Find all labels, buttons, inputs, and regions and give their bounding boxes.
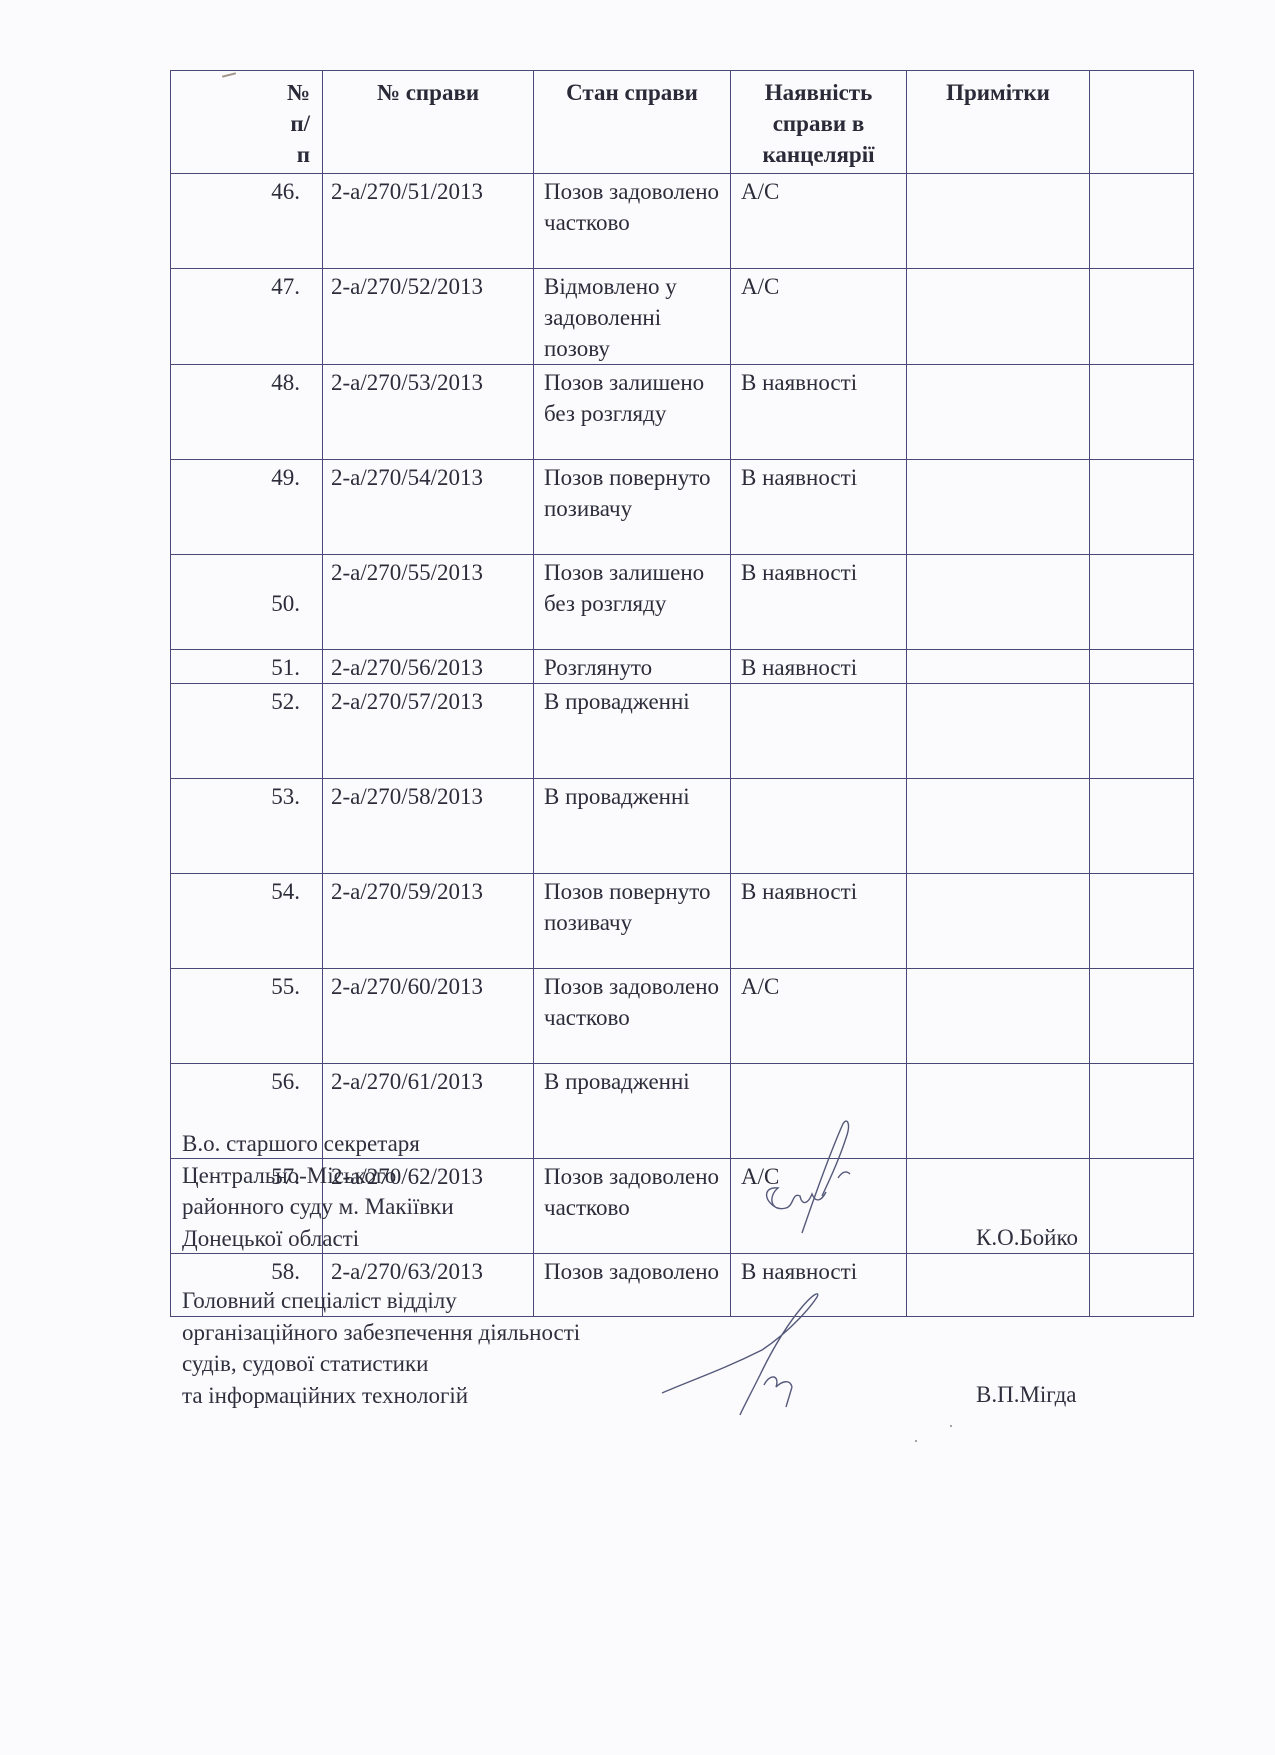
cell-case-number: 2-а/270/54/2013: [323, 460, 534, 555]
cell-notes: [907, 460, 1090, 555]
cell-num: 52.: [171, 684, 323, 779]
cell-presence: В наявності: [731, 874, 907, 969]
signature-title-line: Головний спеціаліст відділу: [182, 1285, 1102, 1317]
cell-notes: [907, 684, 1090, 779]
cell-presence: А/С: [731, 174, 907, 269]
cell-num: 50.: [171, 555, 323, 650]
cell-case-status: В провадженні: [534, 684, 731, 779]
signature-title: Головний спеціаліст відділу організаційн…: [182, 1285, 1102, 1411]
cell-case-number: 2-а/270/58/2013: [323, 779, 534, 874]
table-row: 50.2-а/270/55/2013Позов залишено без роз…: [171, 555, 1194, 650]
header-case-status: Стан справи: [534, 71, 731, 174]
cell-extra: [1090, 874, 1194, 969]
cell-case-number: 2-а/270/55/2013: [323, 555, 534, 650]
cell-extra: [1090, 1064, 1194, 1159]
cell-num: 49.: [171, 460, 323, 555]
cell-notes: [907, 650, 1090, 684]
table-row: 55.2-а/270/60/2013Позов задоволено частк…: [171, 969, 1194, 1064]
cell-notes: [907, 779, 1090, 874]
signature-title-line: Центрально-Міського: [182, 1160, 1102, 1192]
cell-extra: [1090, 269, 1194, 365]
cell-case-number: 2-а/270/53/2013: [323, 365, 534, 460]
signature-block-specialist: Головний спеціаліст відділу організаційн…: [182, 1285, 1102, 1411]
cell-case-number: 2-а/270/60/2013: [323, 969, 534, 1064]
cell-extra: [1090, 1159, 1194, 1254]
cell-num: 55.: [171, 969, 323, 1064]
cell-extra: [1090, 1254, 1194, 1317]
cell-extra: [1090, 365, 1194, 460]
cell-case-status: Позов залишено без розгляду: [534, 365, 731, 460]
table-header-row: № п/ п № справи Стан справи Наявність сп…: [171, 71, 1194, 174]
cell-presence: В наявності: [731, 460, 907, 555]
cell-extra: [1090, 969, 1194, 1064]
header-num-line: №: [179, 77, 310, 108]
signature-title-line: організаційного забезпечення діяльності: [182, 1317, 1102, 1349]
handwritten-signature-icon: [742, 1108, 872, 1248]
cell-case-status: Позов повернуто позивачу: [534, 874, 731, 969]
cell-extra: [1090, 174, 1194, 269]
table-row: 47.2-а/270/52/2013Відмовлено у задоволен…: [171, 269, 1194, 365]
cell-case-number: 2-а/270/52/2013: [323, 269, 534, 365]
table-row: 49.2-а/270/54/2013Позов повернуто позива…: [171, 460, 1194, 555]
table-row: 48.2-а/270/53/2013Позов залишено без роз…: [171, 365, 1194, 460]
header-num: № п/ п: [171, 71, 323, 174]
cell-presence: А/С: [731, 269, 907, 365]
header-presence-line: Наявність: [739, 77, 898, 108]
signatory-name: В.П.Мігда: [976, 1379, 1077, 1411]
table-row: 46.2-а/270/51/2013Позов задоволено частк…: [171, 174, 1194, 269]
signature-title-line: та інформаційних технологій: [182, 1380, 1102, 1412]
cell-case-status: Позов залишено без розгляду: [534, 555, 731, 650]
header-presence: Наявність справи в канцелярії: [731, 71, 907, 174]
cell-extra: [1090, 650, 1194, 684]
cell-case-number: 2-а/270/57/2013: [323, 684, 534, 779]
cell-notes: [907, 269, 1090, 365]
scan-speck: [915, 1440, 917, 1442]
header-case-number: № справи: [323, 71, 534, 174]
cell-case-status: Розглянуто: [534, 650, 731, 684]
signature-block-secretary: В.о. старшого секретаря Центрально-Міськ…: [182, 1128, 1102, 1254]
cell-extra: [1090, 555, 1194, 650]
cell-num: 48.: [171, 365, 323, 460]
signature-title-line: Донецької області: [182, 1223, 1102, 1255]
cell-case-status: Позов повернуто позивачу: [534, 460, 731, 555]
cell-presence: [731, 779, 907, 874]
cell-notes: [907, 174, 1090, 269]
cell-presence: [731, 684, 907, 779]
header-presence-line: справи в: [739, 108, 898, 139]
handwritten-signature-icon: [652, 1275, 852, 1425]
header-extra: [1090, 71, 1194, 174]
scan-speck: [950, 1425, 952, 1427]
cell-presence: В наявності: [731, 365, 907, 460]
cell-num: 47.: [171, 269, 323, 365]
cell-case-status: В провадженні: [534, 779, 731, 874]
signature-title-line: районного суду м. Макіївки: [182, 1191, 1102, 1223]
cell-num: 51.: [171, 650, 323, 684]
signatory-name: К.О.Бойко: [976, 1222, 1078, 1254]
header-num-line: п/: [179, 108, 310, 139]
header-notes: Примітки: [907, 71, 1090, 174]
cell-case-number: 2-а/270/56/2013: [323, 650, 534, 684]
table-row: 51.2-а/270/56/2013РозглянутоВ наявності: [171, 650, 1194, 684]
signature-title-line: В.о. старшого секретаря: [182, 1128, 1102, 1160]
cell-case-status: Позов задоволено частково: [534, 174, 731, 269]
cell-case-status: Відмовлено у задоволенні позову: [534, 269, 731, 365]
table-row: 52.2-а/270/57/2013В провадженні: [171, 684, 1194, 779]
header-num-line: п: [179, 139, 310, 170]
cell-num: 53.: [171, 779, 323, 874]
cell-extra: [1090, 684, 1194, 779]
cell-num: 54.: [171, 874, 323, 969]
cell-presence: В наявності: [731, 555, 907, 650]
cell-extra: [1090, 779, 1194, 874]
table-row: 54.2-а/270/59/2013Позов повернуто позива…: [171, 874, 1194, 969]
signature-title-line: судів, судової статистики: [182, 1348, 1102, 1380]
cell-notes: [907, 365, 1090, 460]
cell-notes: [907, 969, 1090, 1064]
cell-case-status: Позов задоволено частково: [534, 969, 731, 1064]
cell-case-number: 2-а/270/59/2013: [323, 874, 534, 969]
cell-notes: [907, 555, 1090, 650]
header-presence-line: канцелярії: [739, 139, 898, 170]
cell-extra: [1090, 460, 1194, 555]
cell-presence: В наявності: [731, 650, 907, 684]
signature-title: В.о. старшого секретаря Центрально-Міськ…: [182, 1128, 1102, 1254]
cell-presence: А/С: [731, 969, 907, 1064]
cell-case-number: 2-а/270/51/2013: [323, 174, 534, 269]
cell-notes: [907, 874, 1090, 969]
table-row: 53.2-а/270/58/2013В провадженні: [171, 779, 1194, 874]
cell-num: 46.: [171, 174, 323, 269]
